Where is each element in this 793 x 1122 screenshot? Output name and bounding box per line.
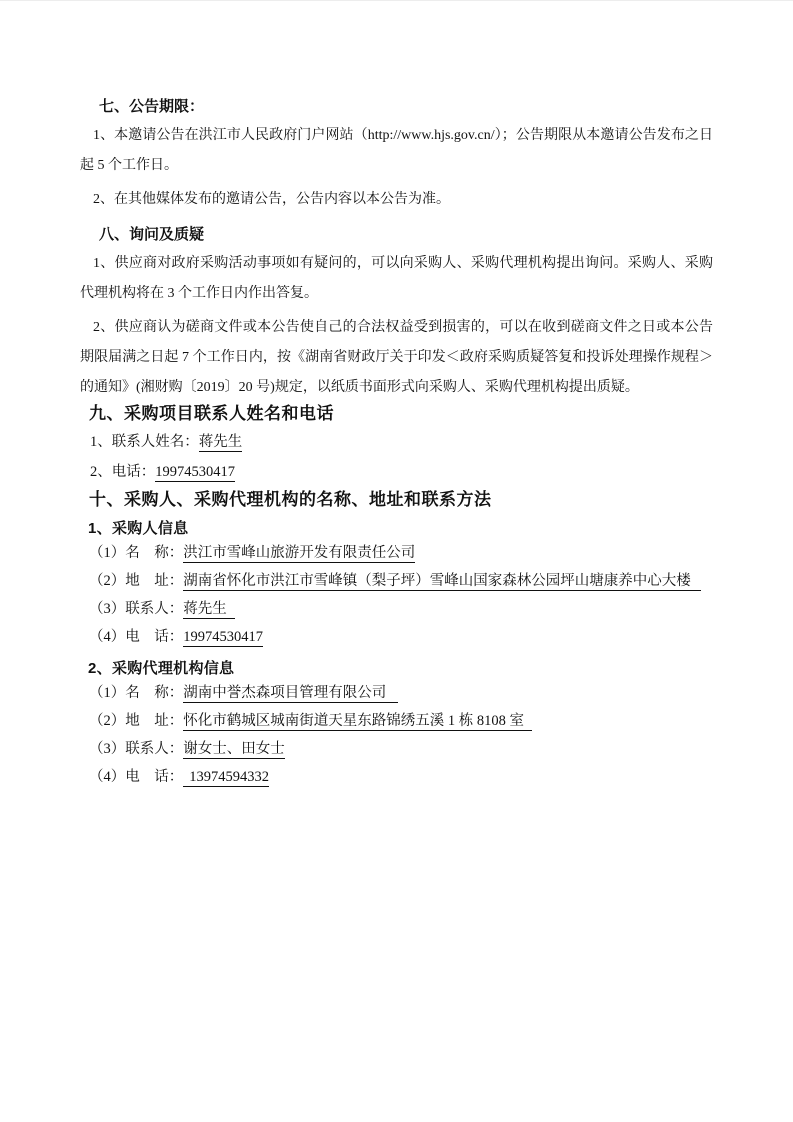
field-row-purchaser-phone: （4）电 话：19974530417 [89,623,713,651]
field-value: 19974530417 [183,629,263,647]
field-row-contact-phone: 2、电话：19974530417 [90,457,713,487]
field-row-purchaser-name: （1）名 称：洪江市雪峰山旅游开发有限责任公司 [89,539,713,567]
agency-info-heading: 2、采购代理机构信息 [88,659,713,679]
field-value: 13974594332 [183,769,269,787]
field-row-agency-name: （1）名 称：湖南中誉杰森项目管理有限公司 [89,679,713,707]
paragraph-8-2: 2、供应商认为磋商文件或本公告使自己的合法权益受到损害的，可以在收到磋商文件之日… [80,313,713,403]
field-value: 湖南中誉杰森项目管理有限公司 [183,685,398,703]
field-row-purchaser-contact: （3）联系人：蒋先生 [89,595,713,623]
field-value: 怀化市鹤城区城南街道天星东路锦绣五溪 1 栋 8108 室 [183,713,532,731]
field-label: （4）电 话： [89,629,183,645]
field-row-agency-contact: （3）联系人：谢女士、田女士 [89,735,713,763]
paragraph-7-2: 2、在其他媒体发布的邀请公告，公告内容以本公告为准。 [80,185,713,215]
field-row-contact-name: 1、联系人姓名：蒋先生 [90,427,713,457]
section-7-heading: 七、公告期限： [99,97,713,117]
field-label: （3）联系人： [89,741,183,757]
field-value: 湖南省怀化市洪江市雪峰镇（梨子坪）雪峰山国家森林公园坪山塘康养中心大楼 [183,573,701,591]
field-row-purchaser-address: （2）地 址：湖南省怀化市洪江市雪峰镇（梨子坪）雪峰山国家森林公园坪山塘康养中心… [89,567,713,595]
paragraph-8-1: 1、供应商对政府采购活动事项如有疑问的，可以向采购人、采购代理机构提出询问。采购… [80,249,713,309]
field-label: 1、联系人姓名： [90,434,199,450]
field-label: （4）电 话： [89,769,183,785]
field-value: 蒋先生 [183,601,235,619]
field-row-agency-phone: （4）电 话：13974594332 [89,763,713,791]
section-10-heading: 十、采购人、采购代理机构的名称、地址和联系方法 [89,489,713,511]
field-label: 2、电话： [90,464,155,480]
field-label: （3）联系人： [89,601,183,617]
purchaser-info-heading: 1、采购人信息 [88,519,713,539]
section-8-heading: 八、询问及质疑 [99,225,713,245]
field-value: 19974530417 [155,464,235,482]
field-label: （2）地 址： [89,713,183,729]
field-value: 谢女士、田女士 [183,741,285,759]
field-row-agency-address: （2）地 址：怀化市鹤城区城南街道天星东路锦绣五溪 1 栋 8108 室 [89,707,713,735]
paragraph-7-1: 1、本邀请公告在洪江市人民政府门户网站（http://www.hjs.gov.c… [80,121,713,181]
field-label: （1）名 称： [89,685,183,701]
document-page: 七、公告期限： 1、本邀请公告在洪江市人民政府门户网站（http://www.h… [0,0,793,1122]
field-value: 洪江市雪峰山旅游开发有限责任公司 [183,545,415,563]
section-9-heading: 九、采购项目联系人姓名和电话 [89,403,713,425]
field-label: （1）名 称： [89,545,183,561]
field-label: （2）地 址： [89,573,183,589]
field-value: 蒋先生 [199,434,243,452]
